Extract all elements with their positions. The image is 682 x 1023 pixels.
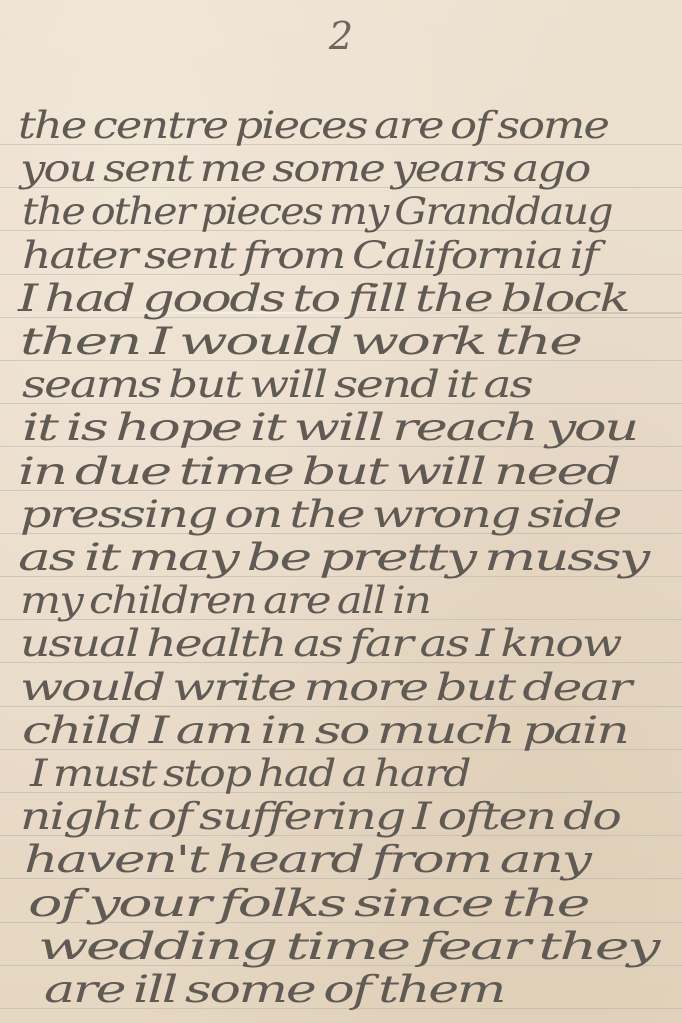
handwritten-line: of your folks since the bbox=[28, 882, 588, 925]
handwritten-line: would write more but dear bbox=[20, 666, 630, 709]
handwritten-line: wedding time fear they bbox=[38, 925, 658, 968]
handwritten-line: as it may be pretty mussy bbox=[18, 536, 648, 579]
handwritten-line: you sent me some years ago bbox=[20, 147, 589, 190]
handwritten-line: the centre pieces are of some bbox=[18, 104, 608, 147]
handwritten-line: child I am in so much pain bbox=[22, 709, 628, 752]
handwritten-line: the other pieces my Granddaug bbox=[22, 190, 612, 233]
handwritten-line: seams but will send it as bbox=[22, 363, 532, 406]
handwritten-line: pressing on the wrong side bbox=[20, 493, 620, 536]
handwritten-line: in due time but will need bbox=[18, 450, 619, 493]
handwritten-line: haven't heard from any bbox=[24, 838, 590, 881]
handwritten-line: night of suffering I often do bbox=[20, 795, 620, 838]
handwritten-line: are ill some of them bbox=[44, 968, 504, 1011]
handwritten-line: my children are all in bbox=[20, 579, 430, 622]
handwritten-line: hater sent from California if bbox=[22, 234, 597, 277]
handwritten-line: usual health as far as I know bbox=[20, 622, 620, 665]
handwritten-line: it is hope it will reach you bbox=[22, 406, 637, 449]
letter-page: 2 the centre pieces are of someyou sent … bbox=[0, 0, 682, 1023]
page-number: 2 bbox=[0, 14, 682, 58]
handwritten-line: I must stop had a hard bbox=[30, 752, 470, 795]
handwritten-line: then I would work the bbox=[20, 320, 581, 363]
handwritten-line: I had goods to fill the block bbox=[18, 277, 628, 320]
